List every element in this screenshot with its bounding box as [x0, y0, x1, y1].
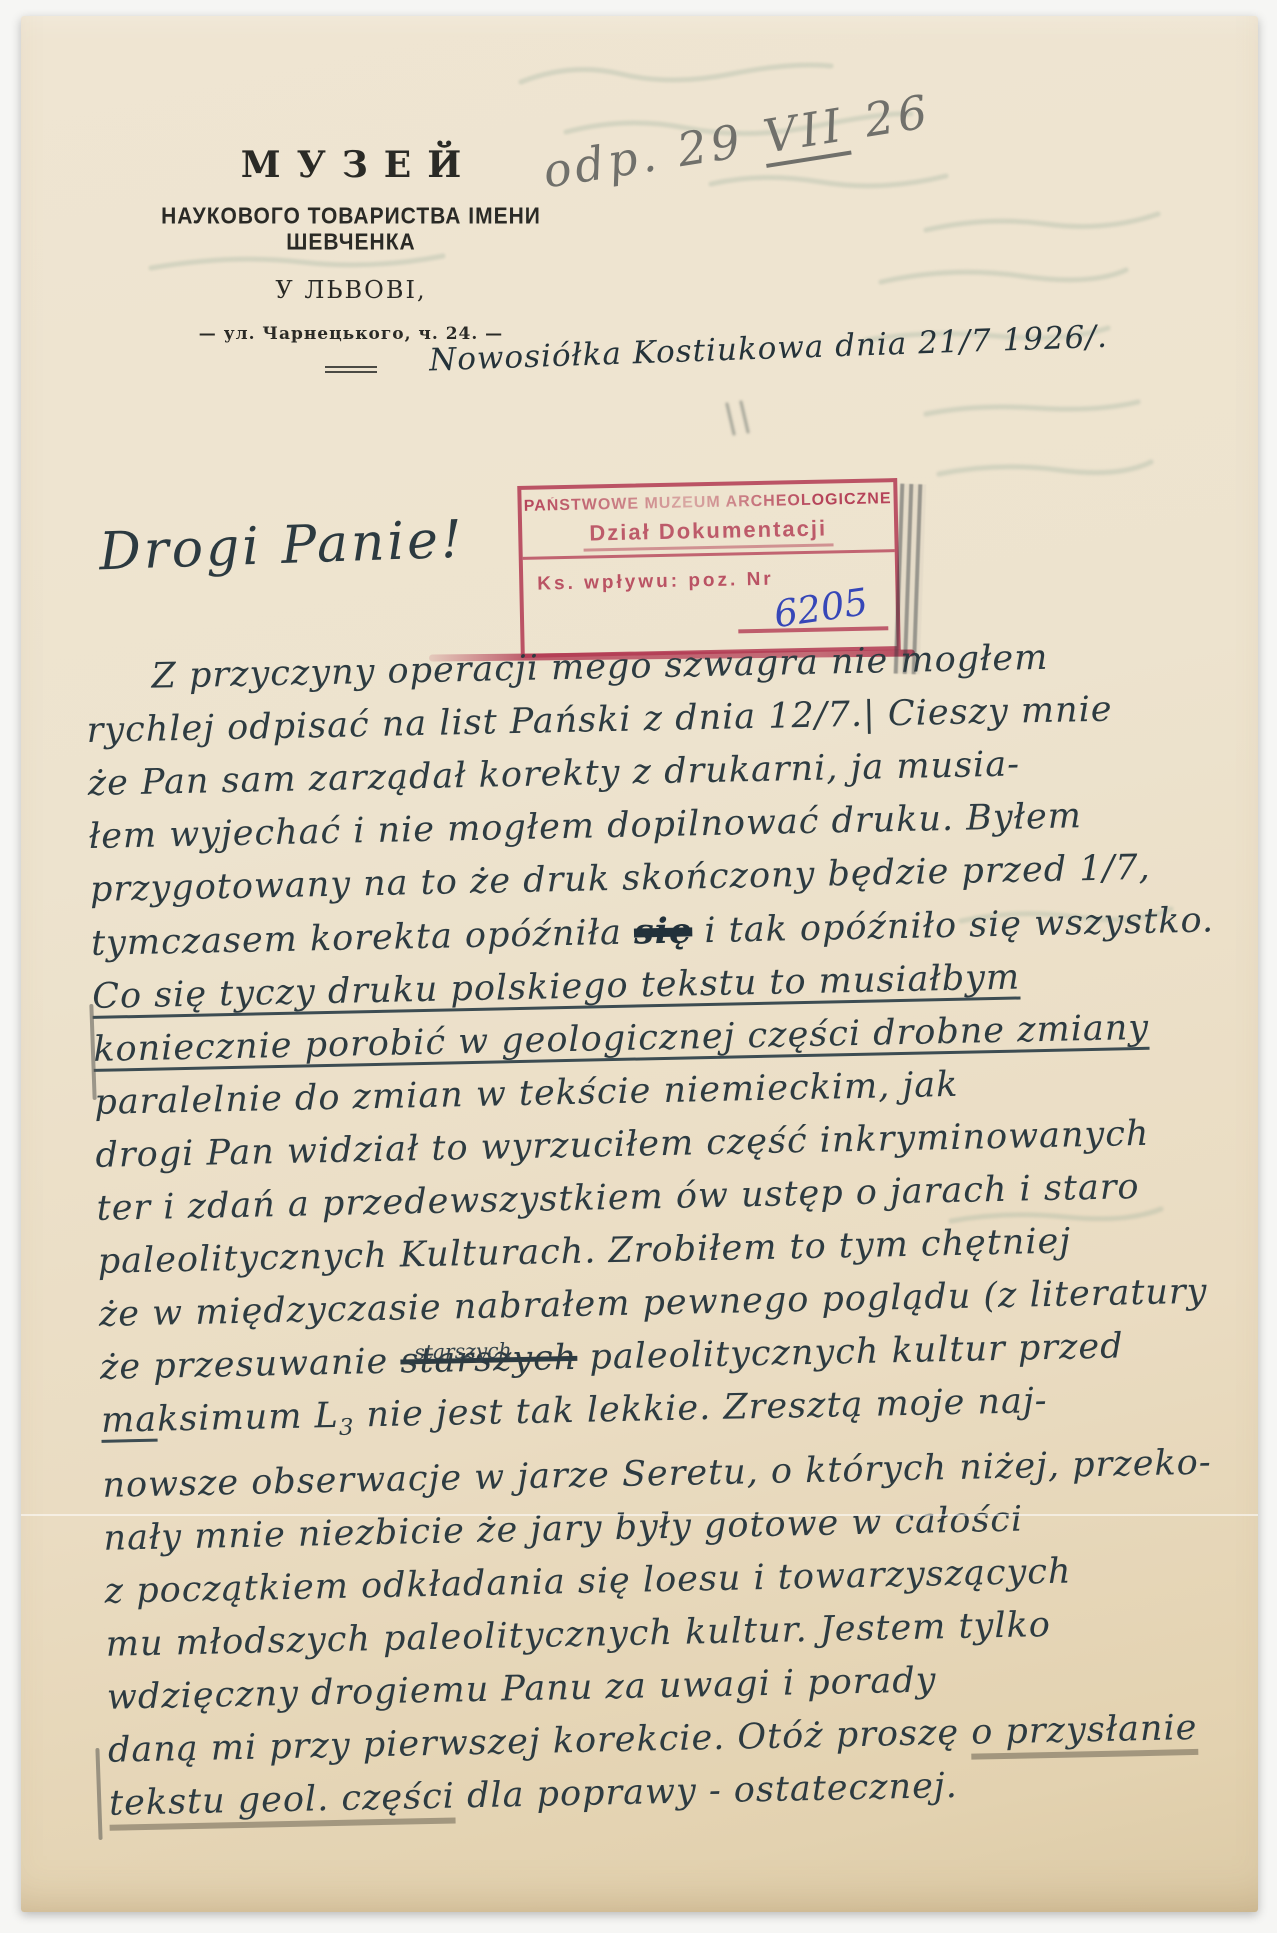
handwriting-segment: nie jest tak lekkie. Zresztą moje naj- [354, 1381, 1048, 1436]
handwriting-segment-strike: się [634, 910, 693, 952]
handwriting-segment: że przesuwanie [100, 1342, 401, 1388]
archive-stamp: PAŃSTWOWE MUZEUM ARCHEOLOGICZNE Dział Do… [517, 478, 901, 658]
handwriting-segment: dla poprawy - ostatecznej. [454, 1766, 958, 1817]
scan-artifact-line [21, 1514, 1258, 1516]
handwriting-segment: ksimum L [157, 1396, 339, 1440]
letterhead-title: МУЗЕЙ [116, 144, 586, 186]
body-lines: Z przyczyny operacji mego szwagra nie mo… [85, 628, 1249, 1831]
handwriting-segment-pencil-underline: tekstu geol. części [109, 1777, 456, 1831]
scanned-letter-page: { "letterhead": { "title": "МУЗЕЙ", "soc… [0, 0, 1277, 1933]
handwriting-segment-sub: 3 [339, 1415, 355, 1441]
letterhead-society: НАУКОВОГО ТОВАРИСТВА ІМЕНИ ШЕВЧЕНКА [116, 204, 586, 256]
pencil-tick [727, 402, 748, 434]
stamp-department: Dział Dokumentacji [583, 515, 833, 551]
letterhead-city: У ЛЬВОВІ, [116, 276, 586, 304]
letter-paper: МУЗЕЙ НАУКОВОГО ТОВАРИСТВА ІМЕНИ ШЕВЧЕНК… [21, 16, 1258, 1912]
handwriting-segment: i tak opóźniło się wszystko. [692, 900, 1215, 951]
handwriting-segment-pencil-underline: o przysłanie [971, 1708, 1198, 1760]
salutation: Drogi Panie! [98, 510, 466, 583]
handwriting-segment: tymczasem korekta opóźniła [91, 913, 635, 964]
letterhead-divider [325, 366, 377, 373]
handwriting-segment-u-ink-part: ma [101, 1400, 158, 1441]
pencil-note-day: 29 [674, 114, 748, 178]
interlinear-insertion: starszych [414, 1325, 512, 1380]
handwriting-segment-corrected: starszychstarszych [400, 1338, 578, 1382]
pencil-note-year: 26 [861, 84, 935, 148]
handwriting-segment: paleolitycznych kultur przed [577, 1326, 1124, 1377]
